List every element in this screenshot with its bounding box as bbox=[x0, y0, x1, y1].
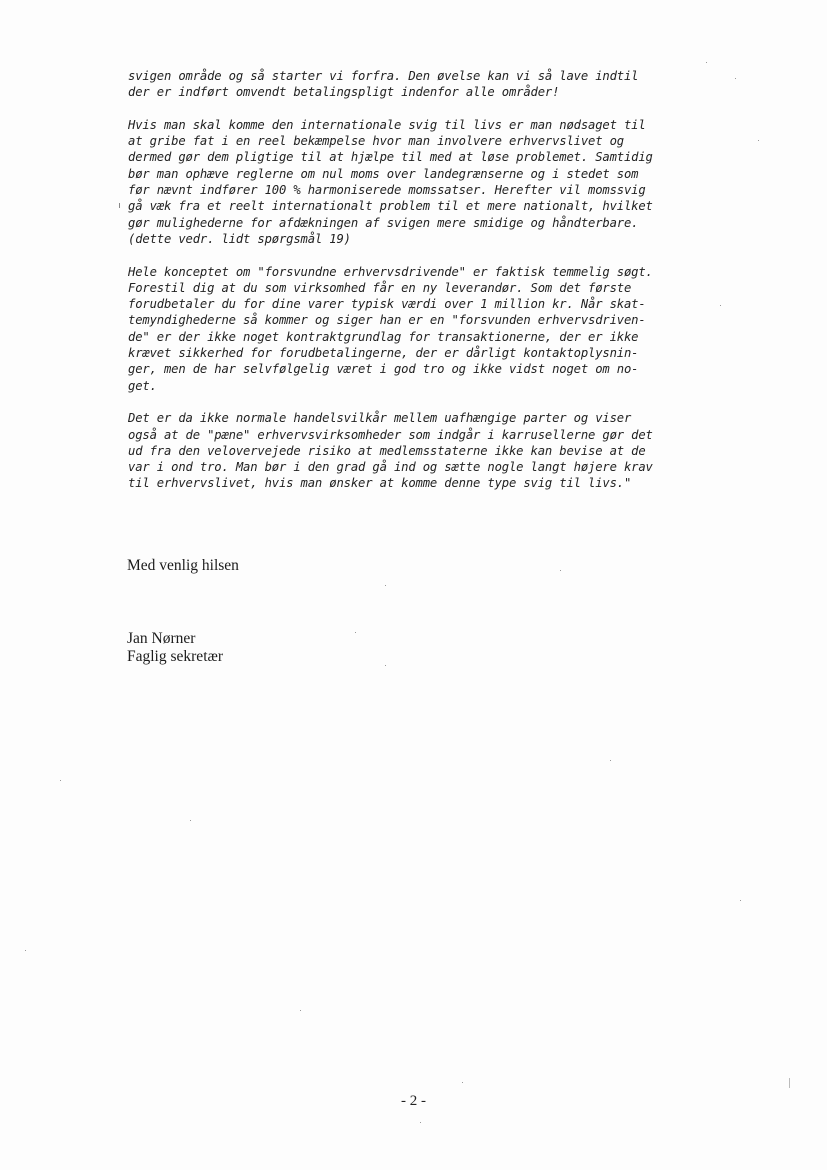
document-page: svigen område og så starter vi forfra. D… bbox=[0, 0, 827, 1170]
scan-speck bbox=[720, 305, 721, 306]
scan-speck bbox=[25, 950, 26, 951]
scan-speck bbox=[60, 780, 61, 781]
signatory-title: Faglig sekretær bbox=[127, 648, 223, 666]
scan-speck bbox=[462, 1082, 463, 1083]
scan-speck bbox=[706, 62, 707, 63]
signature-block: Jan Nørner Faglig sekretær bbox=[127, 630, 223, 666]
scan-speck bbox=[735, 78, 736, 79]
scan-artifact bbox=[119, 203, 120, 208]
text-line: også at de "pæne" erhvervsvirksomheder s… bbox=[128, 427, 728, 443]
text-line: bør man ophæve reglerne om nul moms over… bbox=[128, 166, 728, 182]
scan-speck bbox=[610, 760, 611, 761]
scan-speck bbox=[740, 900, 741, 901]
text-line: temyndighederne så kommer og siger han e… bbox=[128, 312, 728, 328]
signatory-name: Jan Nørner bbox=[127, 630, 223, 648]
paragraph-1: svigen område og så starter vi forfra. D… bbox=[128, 68, 728, 101]
page-number: - 2 - bbox=[0, 1093, 827, 1110]
text-line: Forestil dig at du som virksomhed får en… bbox=[128, 280, 728, 296]
scan-speck bbox=[385, 665, 386, 666]
scan-speck bbox=[420, 1122, 421, 1123]
text-line: krævet sikkerhed for forudbetalingerne, … bbox=[128, 345, 728, 361]
text-line: var i ond tro. Man bør i den grad gå ind… bbox=[128, 459, 728, 475]
text-line: gå væk fra et reelt internationalt probl… bbox=[128, 198, 728, 214]
text-line: get. bbox=[128, 378, 728, 394]
text-line: svigen område og så starter vi forfra. D… bbox=[128, 68, 728, 84]
text-line: (dette vedr. lidt spørgsmål 19) bbox=[128, 231, 728, 247]
scan-artifact bbox=[789, 1078, 790, 1088]
text-line: dermed gør dem pligtige til at hjælpe ti… bbox=[128, 149, 728, 165]
text-line: ud fra den velovervejede risiko at medle… bbox=[128, 443, 728, 459]
text-line: Hele konceptet om "forsvundne erhvervsdr… bbox=[128, 264, 728, 280]
scan-speck bbox=[758, 140, 759, 141]
scan-speck bbox=[300, 1010, 301, 1011]
text-line: Det er da ikke normale handelsvilkår mel… bbox=[128, 410, 728, 426]
text-line: til erhvervslivet, hvis man ønsker at ko… bbox=[128, 475, 728, 491]
text-line: at gribe fat i en reel bekæmpelse hvor m… bbox=[128, 133, 728, 149]
scan-speck bbox=[355, 632, 356, 633]
text-line: før nævnt indfører 100 % harmoniserede m… bbox=[128, 182, 728, 198]
scan-speck bbox=[385, 585, 386, 586]
quoted-text-block: svigen område og så starter vi forfra. D… bbox=[128, 68, 728, 508]
text-line: der er indført omvendt betalingspligt in… bbox=[128, 84, 728, 100]
closing-greeting: Med venlig hilsen bbox=[127, 557, 239, 575]
text-line: Hvis man skal komme den internationale s… bbox=[128, 117, 728, 133]
scan-speck bbox=[560, 570, 561, 571]
text-line: forudbetaler du for dine varer typisk væ… bbox=[128, 296, 728, 312]
paragraph-4: Det er da ikke normale handelsvilkår mel… bbox=[128, 410, 728, 491]
paragraph-2: Hvis man skal komme den internationale s… bbox=[128, 117, 728, 247]
text-line: gør mulighederne for afdækningen af svig… bbox=[128, 215, 728, 231]
text-line: ger, men de har selvfølgelig været i god… bbox=[128, 361, 728, 377]
paragraph-3: Hele konceptet om "forsvundne erhvervsdr… bbox=[128, 264, 728, 394]
text-line: de" er der ikke noget kontraktgrundlag f… bbox=[128, 329, 728, 345]
scan-speck bbox=[190, 820, 191, 821]
